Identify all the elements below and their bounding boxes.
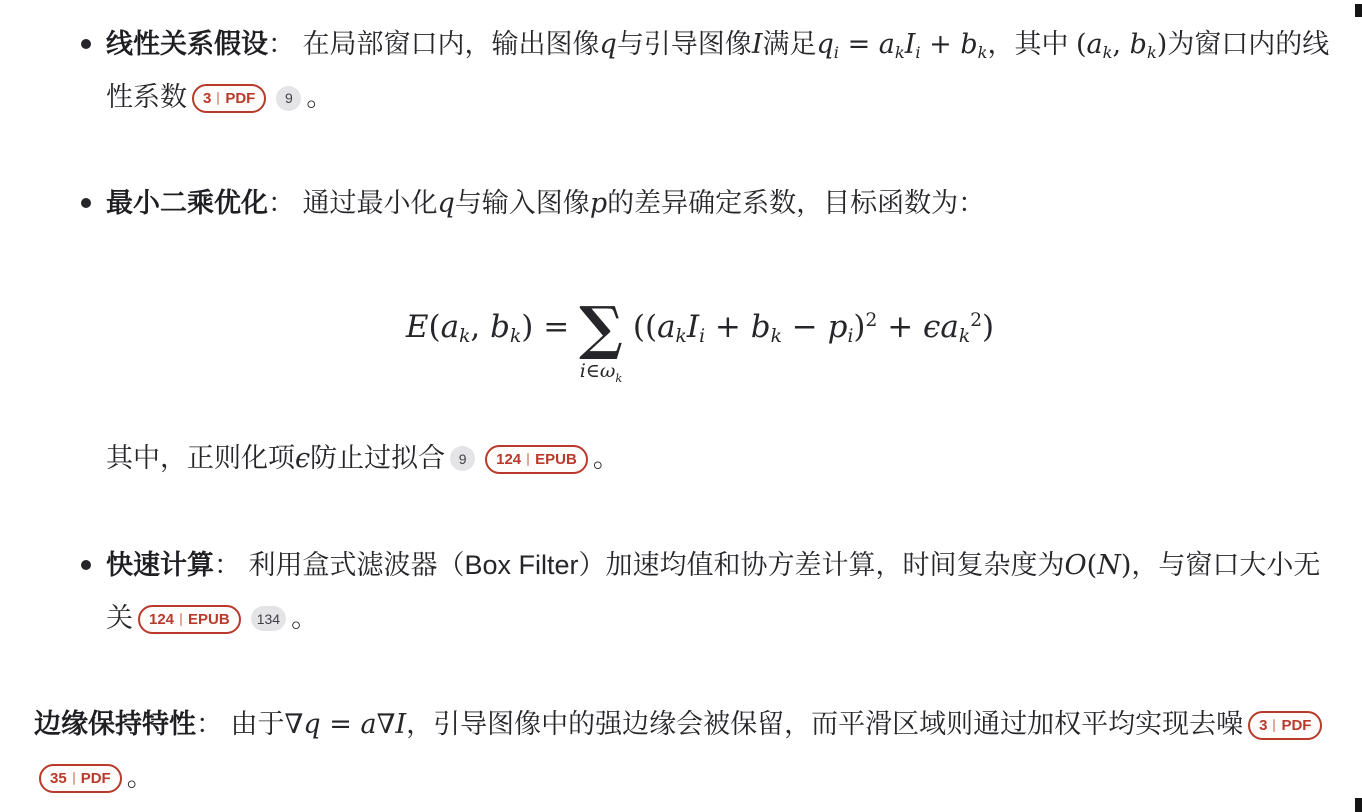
citation-badge-9[interactable]: 9 (450, 446, 475, 471)
bullet-item-fast-computation: 快速计算： 利用盒式滤波器（Box Filter）加速均值和协方差计算，时间复杂… (34, 539, 1334, 644)
inline-math: ϵ (295, 443, 310, 474)
citation-badge-3-pdf[interactable]: 3PDF (1248, 711, 1322, 740)
text-run: 其中，正则化项 (106, 443, 295, 473)
text-run: ，引导图像中的强边缘会被保留，而平滑区域则通过加权平均实现去噪 (406, 709, 1243, 739)
citation-badge-124-epub[interactable]: 124EPUB (485, 445, 588, 474)
bullet-linear-text: 线性关系假设： 在局部窗口内，输出图像q与引导图像I满足qi = akIi + … (106, 18, 1334, 123)
inline-math: I (752, 29, 763, 60)
bold-label: 边缘保持特性 (34, 709, 196, 739)
citation-badge-3-pdf[interactable]: 3PDF (192, 84, 266, 113)
citation-filetype: EPUB (535, 452, 577, 467)
citation-filetype: PDF (225, 91, 255, 106)
summation-block: ∑ i∈ωk (579, 299, 623, 383)
bullet-least-squares-intro: 最小二乘优化： 通过最小化q与输入图像p的差异确定系数，目标函数为： (106, 177, 1334, 230)
scrollbar-fragment-top[interactable] (1355, 4, 1362, 17)
text-run: ，其中 (987, 29, 1076, 59)
bold-label: 线性关系假设 (106, 29, 268, 59)
inline-math: q (600, 29, 617, 60)
citation-number: 3 (203, 91, 211, 106)
inline-math: p (590, 188, 607, 219)
inline-math: qi = akIi + bk (816, 29, 987, 60)
badge-divider (217, 92, 219, 105)
citation-badge-35-pdf[interactable]: 35PDF (39, 764, 122, 793)
document-body: 线性关系假设： 在局部窗口内，输出图像q与引导图像I满足qi = akIi + … (0, 0, 1362, 803)
scrollbar-fragment-bottom[interactable] (1355, 798, 1362, 812)
summation-subscript: i∈ωk (580, 360, 623, 383)
text-run: 与输入图像 (455, 188, 590, 218)
citation-badge-134[interactable]: 134 (251, 606, 286, 631)
text-run: 与引导图像 (617, 29, 752, 59)
bullet-list: 线性关系假设： 在局部窗口内，输出图像q与引导图像I满足qi = akIi + … (34, 18, 1334, 644)
text-run: 。 (127, 762, 154, 792)
formula-rhs: ((akIi + bk − pi)2 + ϵak2) (633, 309, 994, 346)
formula-lhs: E(ak, bk) = (406, 309, 569, 346)
badge-divider (527, 453, 529, 466)
text-run: ： 由于 (196, 709, 285, 739)
text-run: 满足 (762, 29, 816, 59)
citation-filetype: PDF (81, 771, 111, 786)
citation-number: 35 (50, 771, 67, 786)
text-run: ： 在局部窗口内，输出图像 (268, 29, 600, 59)
sigma-symbol: ∑ (579, 299, 623, 357)
bold-label: 快速计算 (106, 550, 214, 580)
citation-filetype: PDF (1281, 718, 1311, 733)
inline-math: ∇q = a∇I (285, 709, 407, 740)
badge-divider (1273, 719, 1275, 732)
formula-note: 其中，正则化项ϵ防止过拟合9124EPUB。 (106, 432, 1334, 485)
closing-paragraph: 边缘保持特性： 由于∇q = a∇I，引导图像中的强边缘会被保留，而平滑区域则通… (34, 698, 1334, 803)
inline-math: (ak, bk) (1076, 29, 1167, 60)
objective-function-formula: E(ak, bk) = ∑ i∈ωk ((akIi + bk − pi)2 + … (106, 286, 1294, 370)
bullet-item-least-squares: 最小二乘优化： 通过最小化q与输入图像p的差异确定系数，目标函数为： E(ak,… (34, 177, 1334, 485)
bold-label: 最小二乘优化 (106, 188, 268, 218)
text-run: ： 利用盒式滤波器（Box Filter）加速均值和协方差计算，时间复杂度为 (214, 550, 1065, 580)
badge-divider (180, 613, 182, 626)
text-run: 防止过拟合 (310, 443, 445, 473)
badge-divider (73, 772, 75, 785)
inline-math: q (438, 188, 455, 219)
text-run: 。 (291, 603, 318, 633)
citation-filetype: EPUB (188, 612, 230, 627)
text-run: 。 (593, 443, 620, 473)
inline-math: O(N) (1065, 550, 1132, 581)
citation-number: 3 (1259, 718, 1267, 733)
bullet-item-linear-assumption: 线性关系假设： 在局部窗口内，输出图像q与引导图像I满足qi = akIi + … (34, 18, 1334, 123)
citation-number: 124 (149, 612, 174, 627)
citation-badge-124-epub[interactable]: 124EPUB (138, 605, 241, 634)
text-run: 的差异确定系数，目标函数为： (607, 188, 985, 218)
citation-badge-9[interactable]: 9 (276, 86, 301, 111)
bullet-fast-computation-text: 快速计算： 利用盒式滤波器（Box Filter）加速均值和协方差计算，时间复杂… (106, 539, 1334, 644)
text-run: ： 通过最小化 (268, 188, 438, 218)
citation-number: 124 (496, 452, 521, 467)
text-run: 。 (306, 82, 333, 112)
